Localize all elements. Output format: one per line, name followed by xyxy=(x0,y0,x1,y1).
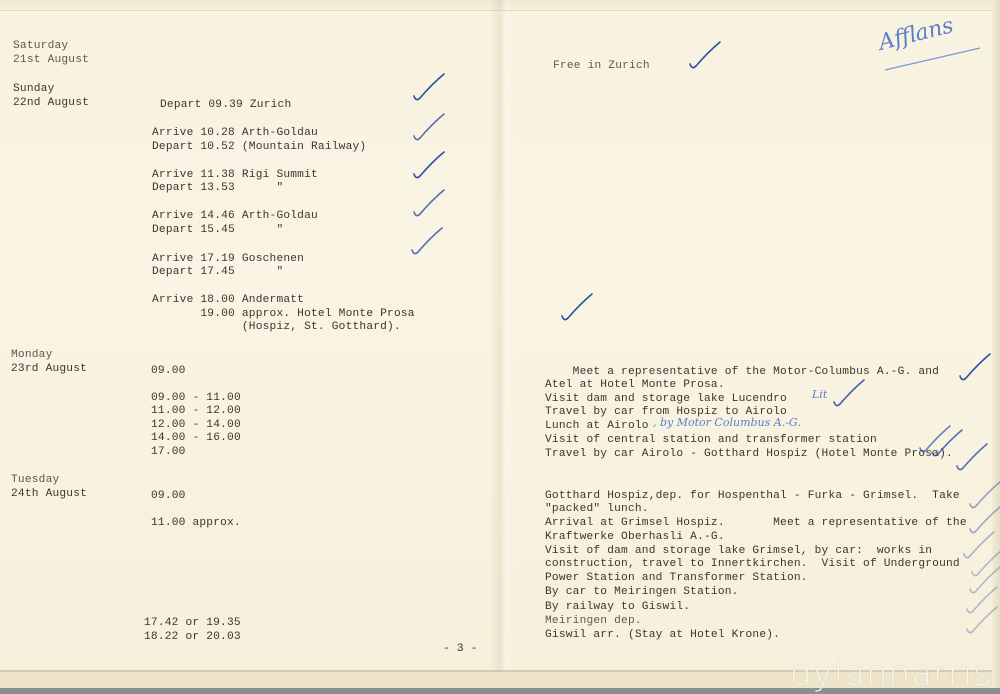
activity-line: Visit of dam and storage lake Grimsel, b… xyxy=(545,545,932,559)
date-label: 23rd August xyxy=(11,363,87,377)
activity-line: Atel at Hotel Monte Prosa. xyxy=(545,379,725,393)
activity-line: Arrival at Grimsel Hospiz. Meet a repres… xyxy=(545,517,967,531)
activity-line: Gotthard Hospiz,dep. for Hospenthal - Fu… xyxy=(545,490,960,504)
checkmark-icon xyxy=(412,150,446,184)
day-label: Monday xyxy=(11,349,52,363)
activity-line: Power Station and Transformer Station. xyxy=(545,572,808,586)
activity-line: By railway to Giswil. xyxy=(545,601,690,615)
schedule-line: Depart 09.39 Zurich xyxy=(160,99,291,113)
time-slot: 14.00 - 16.00 xyxy=(151,432,241,446)
checkmark-icon xyxy=(412,72,446,106)
checkmark-icon xyxy=(958,352,992,386)
time-slot: 09.00 xyxy=(151,365,186,379)
schedule-line: Arrive 11.38 Rigi Summit xyxy=(152,169,318,183)
saturday-activity: Free in Zurich xyxy=(553,60,650,74)
activity-line: construction, travel to Innertkirchen. V… xyxy=(545,558,960,572)
checkmark-icon xyxy=(412,188,446,222)
activity-line: Kraftwerke Oberhasli A.-G. xyxy=(545,531,725,545)
checkmark-icon xyxy=(965,605,999,639)
time-slot: 17.00 xyxy=(151,446,186,460)
activity-line: Meet a representative of the Motor-Colum… xyxy=(545,366,939,380)
day-label: Sunday xyxy=(13,83,54,97)
schedule-line: Depart 17.45 " xyxy=(152,266,283,280)
handwritten-note: , by Motor Columbus A.-G. xyxy=(653,416,801,429)
schedule-line: Arrive 17.19 Goschenen xyxy=(152,253,304,267)
date-label: 24th August xyxy=(11,488,87,502)
activity-line: "packed" lunch. xyxy=(545,503,649,517)
time-slot: 09.00 xyxy=(151,490,186,504)
time-slot: 12.00 - 14.00 xyxy=(151,419,241,433)
schedule-line: Arrive 18.00 Andermatt xyxy=(152,294,304,308)
document-page xyxy=(0,0,1000,694)
activity-line: Visit dam and storage lake Lucendro xyxy=(545,393,787,407)
time-slot: 11.00 approx. xyxy=(151,517,241,531)
time-slot: 17.42 or 19.35 xyxy=(144,617,241,631)
paper-fold xyxy=(0,10,1000,11)
date-label: 22nd August xyxy=(13,97,89,111)
activity-line: Giswil arr. (Stay at Hotel Krone). xyxy=(545,629,780,643)
schedule-line: Depart 13.53 " xyxy=(152,182,283,196)
schedule-line: (Hospiz, St. Gotthard). xyxy=(152,321,401,335)
checkmark-icon xyxy=(412,112,446,146)
checkmark-icon xyxy=(410,226,444,260)
signature-underline xyxy=(880,40,990,80)
checkmark-icon xyxy=(688,40,722,74)
schedule-line: Arrive 14.46 Arth-Goldau xyxy=(152,210,318,224)
schedule-line: 19.00 approx. Hotel Monte Prosa xyxy=(152,308,415,322)
time-slot: 11.00 - 12.00 xyxy=(151,405,241,419)
schedule-line: Depart 15.45 " xyxy=(152,224,283,238)
activity-line: Visit of central station and transformer… xyxy=(545,434,877,448)
day-label: Tuesday xyxy=(11,474,59,488)
day-label: Saturday xyxy=(13,40,68,54)
activity-line: Travel by car Airolo - Gotthard Hospiz (… xyxy=(545,448,953,462)
watermark: dylanharris.org xyxy=(790,654,1000,694)
schedule-line: Depart 10.52 (Mountain Railway) xyxy=(152,141,366,155)
schedule-line: Arrive 10.28 Arth-Goldau xyxy=(152,127,318,141)
checkmark-icon xyxy=(955,442,989,476)
activity-line: By car to Meiringen Station. xyxy=(545,586,739,600)
date-label: 21st August xyxy=(13,54,89,68)
checkmark-icon xyxy=(560,292,594,326)
time-slot: 09.00 - 11.00 xyxy=(151,392,241,406)
time-slot: 18.22 or 20.03 xyxy=(144,631,241,645)
page-number: - 3 - xyxy=(443,643,478,657)
activity-line: Lunch at Airolo xyxy=(545,420,649,434)
handwritten-note: Lit xyxy=(812,388,827,401)
checkmark-icon xyxy=(832,378,866,412)
activity-line: Meiringen dep. xyxy=(545,615,642,629)
